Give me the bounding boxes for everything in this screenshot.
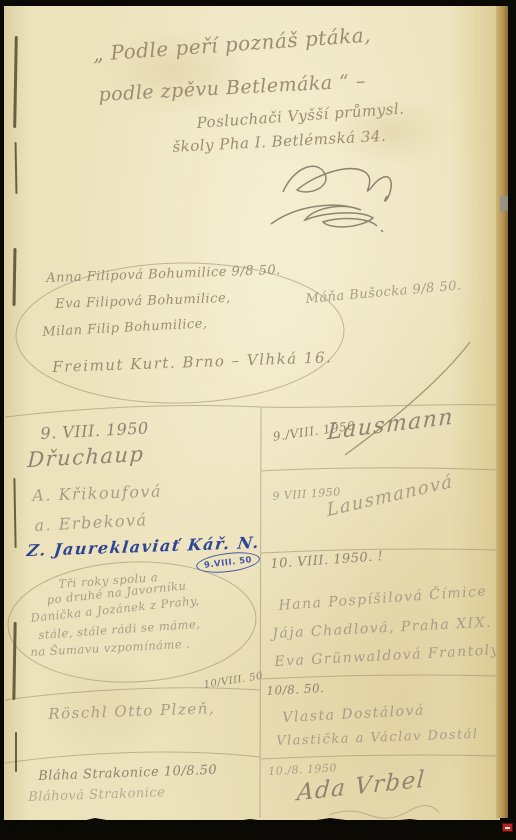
illegible-signature-flourish [265,150,425,240]
page-edge-gilt [496,6,508,818]
torn-bottom-edge [0,806,516,840]
scan-artifact [500,196,508,211]
scan-edge-top [0,0,516,6]
scan-edge-left [0,0,4,840]
scan-watermark-badge [502,823,513,832]
scanned-guestbook-page: „ Podle peří poznáš ptáka, podle zpěvu B… [0,0,516,840]
scan-edge-right [508,0,516,840]
binding-stitch [15,732,17,772]
